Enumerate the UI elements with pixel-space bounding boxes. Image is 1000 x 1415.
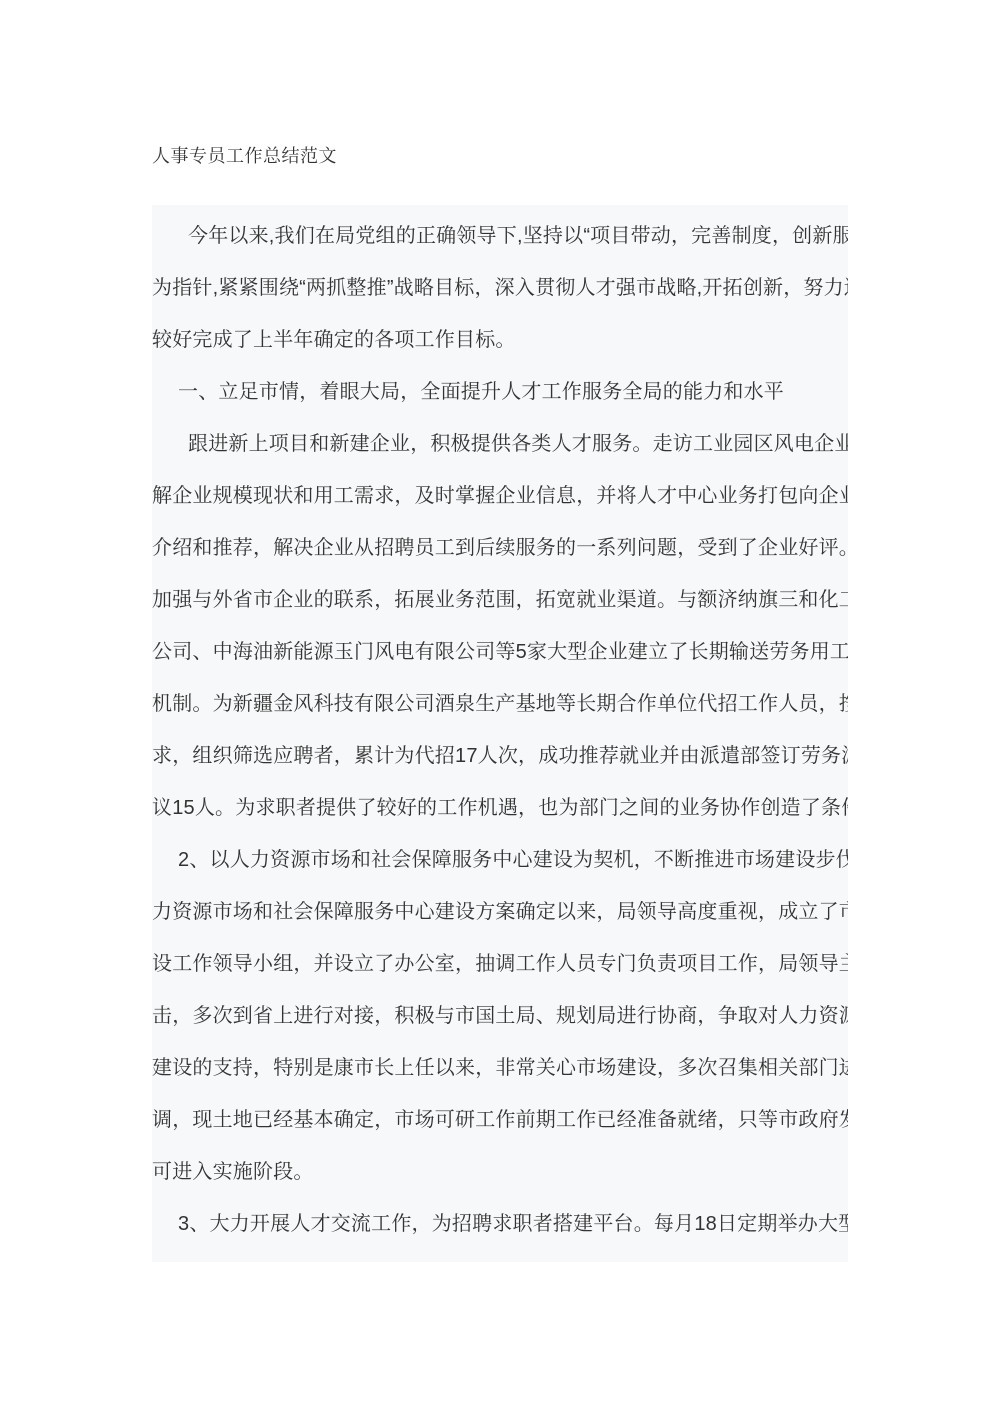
text-line: 2、以人力资源市场和社会保障服务中心建设为契机，不断推进市场建设步伐。人 bbox=[152, 834, 848, 886]
paragraph: 今年以来,我们在局党组的正确领导下,坚持以“项目带动，完善制度，创新服务”为指针… bbox=[152, 210, 848, 366]
paragraph: 跟进新上项目和新建企业，积极提供各类人才服务。走访工业园区风电企业，了解企业规模… bbox=[152, 418, 848, 834]
text-line: 较好完成了上半年确定的各项工作目标。 bbox=[152, 314, 848, 366]
paragraph: 2、以人力资源市场和社会保障服务中心建设为契机，不断推进市场建设步伐。人力资源市… bbox=[152, 834, 848, 1198]
text-line: 加强与外省市企业的联系，拓展业务范围，拓宽就业渠道。与额济纳旗三和化工有限 bbox=[152, 574, 848, 626]
text-line: 力资源市场和社会保障服务中心建设方案确定以来，局领导高度重视，成立了市场建 bbox=[152, 886, 848, 938]
text-line: 机制。为新疆金风科技有限公司酒泉生产基地等长期合作单位代招工作人员，按照要 bbox=[152, 678, 848, 730]
text-line: 设工作领导小组，并设立了办公室，抽调工作人员专门负责项目工作，局领导主动出 bbox=[152, 938, 848, 990]
text-line: 跟进新上项目和新建企业，积极提供各类人才服务。走访工业园区风电企业，了 bbox=[152, 418, 848, 470]
text-line: 介绍和推荐，解决企业从招聘员工到后续服务的一系列问题，受到了企业好评。继续 bbox=[152, 522, 848, 574]
text-line: 一、立足市情，着眼大局，全面提升人才工作服务全局的能力和水平 bbox=[152, 366, 848, 418]
paragraph: 3、大力开展人才交流工作，为招聘求职者搭建平台。每月18日定期举办大型人 bbox=[152, 1198, 848, 1250]
document-page: 人事专员工作总结范文 今年以来,我们在局党组的正确领导下,坚持以“项目带动，完善… bbox=[0, 0, 1000, 1415]
text-line: 可进入实施阶段。 bbox=[152, 1146, 848, 1198]
text-line: 今年以来,我们在局党组的正确领导下,坚持以“项目带动，完善制度，创新服务” bbox=[152, 210, 848, 262]
section-heading: 一、立足市情，着眼大局，全面提升人才工作服务全局的能力和水平 bbox=[152, 366, 848, 418]
text-line: 求，组织筛选应聘者，累计为代招17人次，成功推荐就业并由派遣部签订劳务派遣协 bbox=[152, 730, 848, 782]
text-line: 3、大力开展人才交流工作，为招聘求职者搭建平台。每月18日定期举办大型人 bbox=[152, 1198, 848, 1250]
text-line: 建设的支持，特别是康市长上任以来，非常关心市场建设，多次召集相关部门进行协 bbox=[152, 1042, 848, 1094]
text-line: 解企业规模现状和用工需求，及时掌握企业信息，并将人才中心业务打包向企业进行 bbox=[152, 470, 848, 522]
text-line: 为指针,紧紧围绕“两抓整推”战略目标，深入贯彻人才强市战略,开拓创新，努力进取， bbox=[152, 262, 848, 314]
text-line: 公司、中海油新能源玉门风电有限公司等5家大型企业建立了长期输送劳务用工合作 bbox=[152, 626, 848, 678]
text-line: 调，现土地已经基本确定，市场可研工作前期工作已经准备就绪，只等市政府发文既 bbox=[152, 1094, 848, 1146]
document-body: 今年以来,我们在局党组的正确领导下,坚持以“项目带动，完善制度，创新服务”为指针… bbox=[152, 205, 848, 1262]
text-line: 击，多次到省上进行对接，积极与市国土局、规划局进行协商，争取对人力资源市场 bbox=[152, 990, 848, 1042]
text-line: 议15人。为求职者提供了较好的工作机遇，也为部门之间的业务协作创造了条件。 bbox=[152, 782, 848, 834]
document-title: 人事专员工作总结范文 bbox=[152, 142, 337, 168]
